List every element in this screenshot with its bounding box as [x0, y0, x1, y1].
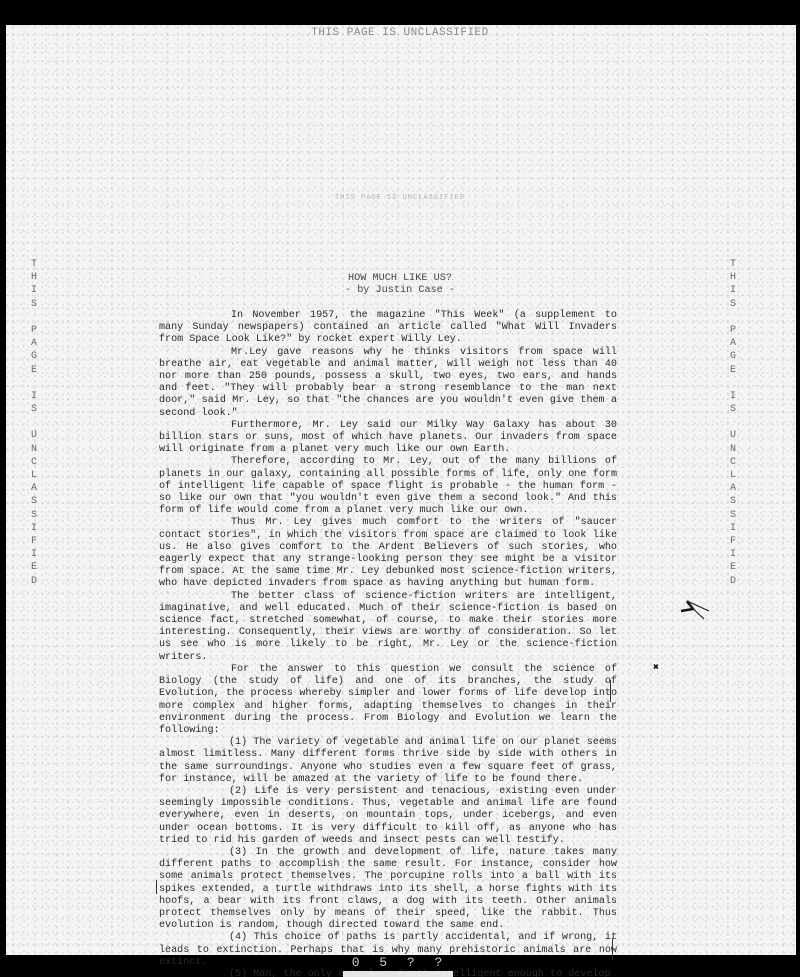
stamp-letter: E — [31, 561, 37, 574]
article-title: HOW MUCH LIKE US? — [0, 273, 800, 285]
stamp-letter: I — [730, 548, 736, 561]
stamp-letter: S — [31, 403, 37, 416]
stamp-letter: I — [31, 522, 37, 535]
stamp-letter: A — [31, 482, 37, 495]
article-body: In November 1957, the magazine "This Wee… — [159, 310, 617, 977]
stamp-letter: T — [31, 258, 37, 271]
stamp-letter: G — [730, 350, 736, 363]
stamp-letter: P — [31, 324, 37, 337]
paragraph: Therefore, according to Mr. Ley, out of … — [159, 456, 617, 517]
stamp-letter: N — [31, 443, 37, 456]
stamp-letter: S — [730, 509, 736, 522]
classification-stamp-left: THISPAGEISUNCLASSIFIED — [31, 258, 37, 588]
stamp-letter: S — [31, 298, 37, 311]
stamp-letter: T — [730, 258, 736, 271]
stamp-letter: S — [730, 495, 736, 508]
paragraph: For the answer to this question we consu… — [159, 664, 617, 737]
margin-mark — [610, 680, 611, 702]
list-item: (1) The variety of vegetable and animal … — [159, 737, 617, 786]
page-number: 0 5 ? ? — [0, 955, 800, 970]
stamp-letter: U — [31, 429, 37, 442]
list-item: (2) Life is very persistent and tenaciou… — [159, 786, 617, 847]
stamp-letter: F — [730, 535, 736, 548]
stamp-letter: C — [730, 456, 736, 469]
list-item: (3) In the growth and development of lif… — [159, 847, 617, 932]
stamp-letter: A — [31, 337, 37, 350]
film-tab — [343, 971, 453, 977]
stamp-letter: I — [31, 390, 37, 403]
stamp-letter: I — [730, 522, 736, 535]
stamp-letter: L — [31, 469, 37, 482]
pen-mark-icon — [673, 597, 713, 627]
stamp-letter: L — [730, 469, 736, 482]
stamp-letter: E — [31, 364, 37, 377]
stamp-letter: G — [31, 350, 37, 363]
stamp-letter: D — [31, 575, 37, 588]
stamp-letter: C — [31, 456, 37, 469]
stamp-letter: N — [730, 443, 736, 456]
stamp-letter: A — [730, 337, 736, 350]
article-byline: - by Justin Case - — [0, 285, 800, 297]
x-mark-icon: ✖ — [653, 662, 659, 674]
classification-stamp-top: THIS PAGE IS UNCLASSIFIED — [0, 27, 800, 39]
stamp-letter: E — [730, 561, 736, 574]
classification-stamp-right: THISPAGEISUNCLASSIFIED — [730, 258, 736, 588]
stamp-letter: A — [730, 482, 736, 495]
stamp-letter: E — [730, 364, 736, 377]
stamp-letter: U — [730, 429, 736, 442]
stamp-letter: I — [31, 548, 37, 561]
stamp-letter: S — [730, 403, 736, 416]
stamp-letter: F — [31, 535, 37, 548]
stamp-letter: S — [730, 298, 736, 311]
paragraph: The better class of science-fiction writ… — [159, 591, 617, 664]
stamp-letter: S — [31, 509, 37, 522]
stamp-letter: I — [730, 390, 736, 403]
paragraph: Thus Mr. Ley gives much comfort to the w… — [159, 517, 617, 590]
paragraph: Furthermore, Mr. Ley said our Milky Way … — [159, 420, 617, 457]
paragraph: Mr.Ley gave reasons why he thinks visito… — [159, 347, 617, 420]
stamp-letter: P — [730, 324, 736, 337]
article-header: HOW MUCH LIKE US? - by Justin Case - — [0, 273, 800, 297]
paragraph: In November 1957, the magazine "This Wee… — [159, 310, 617, 347]
classification-stamp-ghost: THIS PAGE IS UNCLASSIFIED — [0, 194, 800, 202]
stamp-letter: D — [730, 575, 736, 588]
stamp-letter: S — [31, 495, 37, 508]
margin-mark — [156, 880, 157, 894]
